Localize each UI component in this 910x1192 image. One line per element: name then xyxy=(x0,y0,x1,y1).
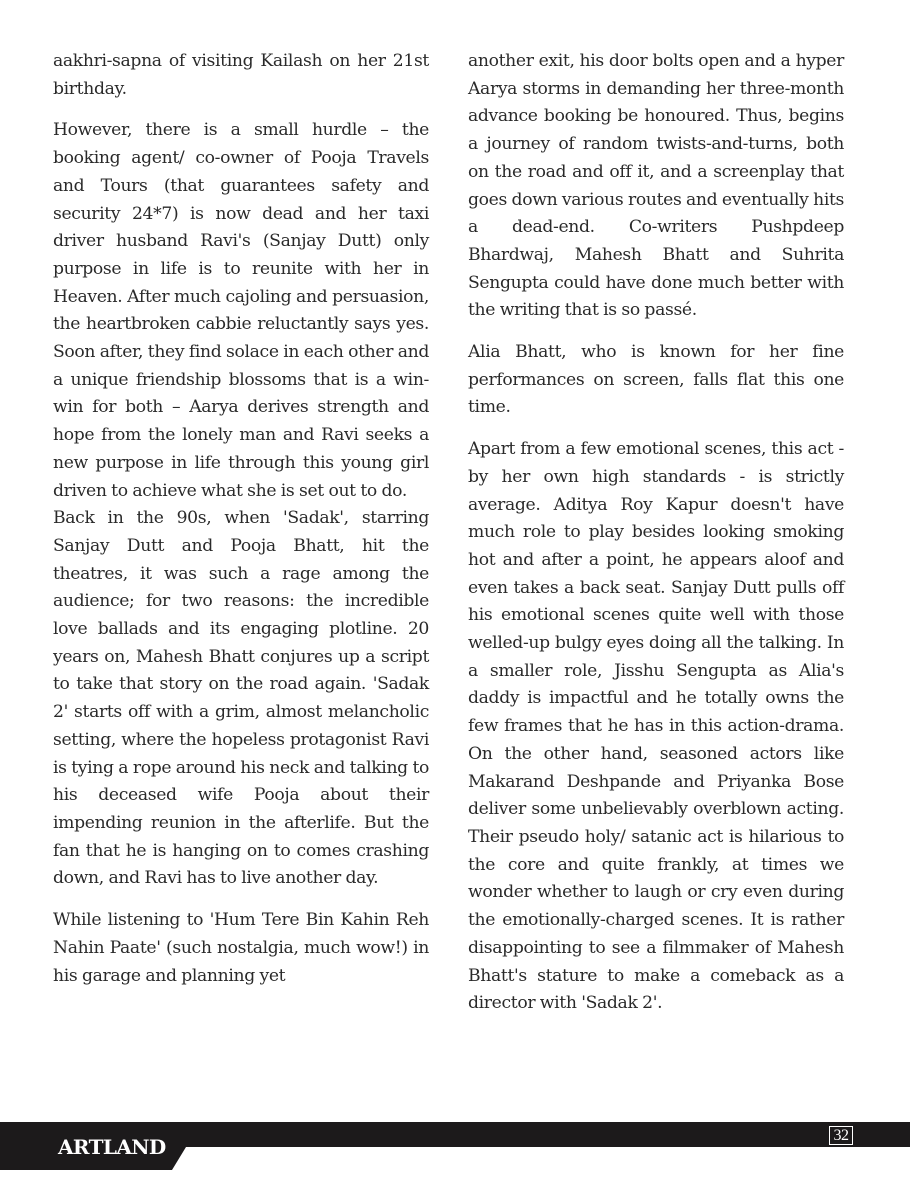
magazine-brand-logo: ARTLAND xyxy=(58,1135,166,1159)
article-left-column: aakhri-sapna of visiting Kailash on her … xyxy=(53,48,429,1004)
page-number: 32 xyxy=(829,1126,853,1145)
article-paragraph: Back in the 90s, when 'Sadak', starring … xyxy=(53,505,429,893)
article-paragraph: However, there is a small hurdle – the b… xyxy=(53,117,429,505)
article-right-column: another exit, his door bolts open and a … xyxy=(468,48,844,1032)
article-paragraph: While listening to 'Hum Tere Bin Kahin R… xyxy=(53,907,429,990)
article-paragraph: aakhri-sapna of visiting Kailash on her … xyxy=(53,48,429,103)
article-paragraph: Alia Bhatt, who is known for her fine pe… xyxy=(468,339,844,422)
article-paragraph: Apart from a few emotional scenes, this … xyxy=(468,436,844,1018)
article-paragraph: another exit, his door bolts open and a … xyxy=(468,48,844,325)
